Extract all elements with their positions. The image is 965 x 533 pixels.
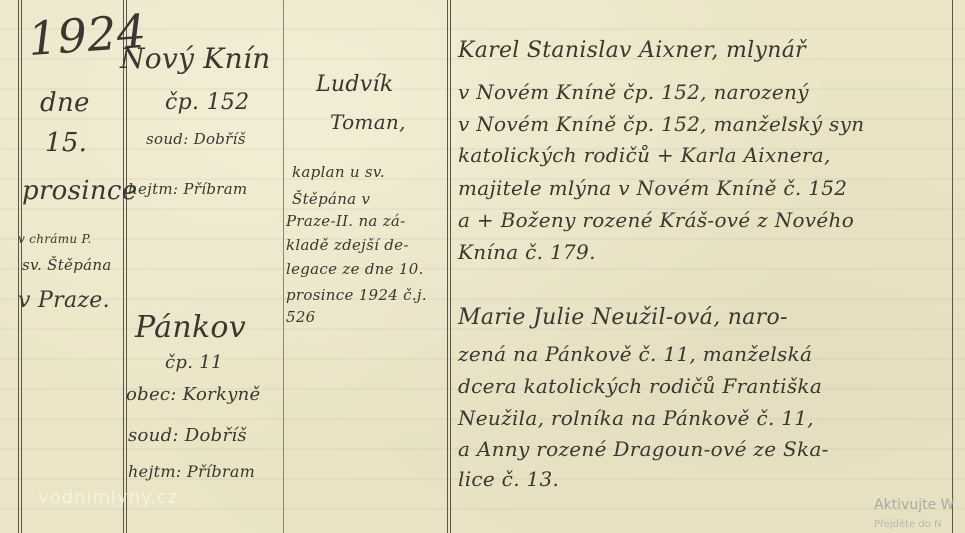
column-rule: [450, 0, 451, 533]
bride-district: hejtm: Příbram: [128, 462, 255, 481]
column-rule: [123, 0, 124, 533]
bride-line: Neužila, rolníka na Pánkově č. 11,: [458, 406, 814, 430]
bride-line: dcera katolických rodičů Františka: [458, 374, 822, 398]
groom-line: v Novém Kníně čp. 152, manželský syn: [458, 112, 864, 136]
groom-line: majitele mlýna v Novém Kníně č. 152: [458, 176, 847, 200]
bride-line: a Anny rozené Dragoun-ové ze Ska-: [458, 437, 829, 461]
month: prosince: [22, 176, 137, 206]
bride-line: lice č. 13.: [458, 467, 559, 491]
bride-court: soud: Dobříš: [128, 425, 247, 446]
groom-line: a + Boženy rozené Kráš-ové z Nového: [458, 208, 854, 232]
officiant-line: kladě zdejší de-: [286, 236, 409, 254]
groom-line: katolických rodičů + Karla Aixnera,: [458, 143, 831, 167]
windows-activation-notice: Aktivujte W: [874, 497, 955, 513]
groom-district: hejtm: Příbram: [128, 180, 247, 198]
officiant-line: Ludvík: [316, 72, 393, 97]
bride-place: Pánkov: [135, 310, 246, 345]
groom-house-number: čp. 152: [165, 90, 249, 115]
church-line-2: sv. Štěpána: [22, 256, 112, 274]
bride-house-number: čp. 11: [165, 352, 223, 373]
column-rule: [126, 0, 127, 533]
groom-place: Nový Knín: [120, 42, 271, 75]
windows-activation-subtext: Přejděte do N: [874, 519, 942, 530]
register-page: 1924 dne 15. prosince v chrámu P. sv. Št…: [0, 0, 965, 533]
officiant-line: 526: [286, 308, 316, 326]
church-line-3: v Praze.: [18, 288, 110, 313]
officiant-line: kaplan u sv.: [292, 163, 385, 181]
column-rule: [18, 0, 19, 533]
column-rule: [447, 0, 448, 533]
officiant-line: legace ze dne 10.: [286, 260, 424, 278]
column-rule: [952, 0, 953, 533]
groom-line: v Novém Kníně čp. 152, narozený: [458, 80, 809, 104]
officiant-line: prosince 1924 č.j.: [286, 286, 427, 304]
groom-line: Karel Stanislav Aixner, mlynář: [458, 38, 806, 63]
groom-court: soud: Dobříš: [146, 130, 246, 148]
officiant-line: Toman,: [330, 110, 406, 134]
groom-line: Knína č. 179.: [458, 240, 596, 264]
watermark-text: vodnimlyny.cz: [38, 487, 178, 508]
day: 15.: [45, 128, 87, 158]
officiant-line: Štěpána v: [292, 190, 370, 208]
officiant-line: Praze-II. na zá-: [286, 212, 406, 230]
dne-label: dne: [40, 88, 90, 118]
bride-line: Marie Julie Neužil-ová, naro-: [458, 305, 788, 330]
column-rule: [283, 0, 284, 533]
church-line-1: v chrámu P.: [18, 232, 92, 246]
bride-municipality: obec: Korkyně: [126, 384, 261, 405]
bride-line: zená na Pánkově č. 11, manželská: [458, 342, 812, 366]
